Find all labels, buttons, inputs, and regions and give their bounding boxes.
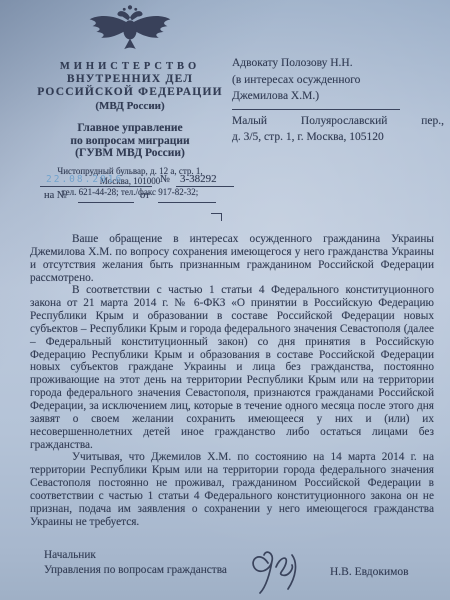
addressee-line: (в интересах осужденного [232, 72, 444, 89]
department-line: по вопросам миграции [28, 135, 232, 148]
ministry-line: МИНИСТЕРСТВО [28, 60, 232, 73]
signer-position-line: Управления по вопросам гражданства [44, 563, 227, 578]
signer-position: Начальник Управления по вопросам граждан… [44, 548, 227, 578]
signer-name: Н.В. Евдокимов [330, 566, 409, 578]
eagle-emblem-icon [28, 4, 232, 57]
document-photo: МИНИСТЕРСТВО ВНУТРЕННИХ ДЕЛ РОССИЙСКОЙ Ф… [0, 0, 450, 600]
letterhead: МИНИСТЕРСТВО ВНУТРЕННИХ ДЕЛ РОССИЙСКОЙ Ф… [28, 4, 232, 197]
addressee-address-line: Малый Полуярославский пер., [232, 113, 444, 130]
outgoing-number: 3-38292 [180, 173, 217, 185]
number-label: № [160, 174, 170, 185]
letter-body: Ваше обращение в интересах осужденного г… [30, 233, 434, 528]
reference-row-out: 22.08.2016 № 3-38292 [40, 172, 240, 188]
addressee-line: Адвокату Полозову Н.Н. [232, 55, 444, 72]
date-stamp: 22.08.2016 [46, 174, 123, 185]
signer-position-line: Начальник [44, 548, 227, 563]
addressee-block: Адвокату Полозову Н.Н. (в интересах осуж… [232, 55, 444, 146]
ref-in-label: на № [44, 190, 67, 201]
department-line: Главное управление [28, 122, 232, 135]
text-area-corner-mark [211, 213, 222, 221]
addressee-line: Джемилова Х.М.) [232, 88, 444, 105]
ministry-line: ВНУТРЕННИХ ДЕЛ [28, 73, 232, 86]
body-paragraph: В соответствии с частью 1 статьи 4 Федер… [30, 284, 434, 451]
ministry-line: РОССИЙСКОЙ ФЕДЕРАЦИИ [28, 86, 232, 99]
ministry-abbr: (МВД России) [28, 99, 232, 113]
addressee-divider [232, 105, 400, 110]
reference-row-in: на № от [40, 189, 260, 205]
body-paragraph: Учитывая, что Джемилов Х.М. по состоянию… [30, 451, 434, 528]
handwritten-signature [246, 543, 310, 600]
ref-from-label: от [140, 190, 150, 201]
body-paragraph: Ваше обращение в интересах осужденного г… [30, 233, 434, 284]
addressee-address-line: д. 3/5, стр. 1, г. Москва, 105120 [232, 129, 444, 146]
department-line: (ГУВМ МВД России) [28, 147, 232, 160]
